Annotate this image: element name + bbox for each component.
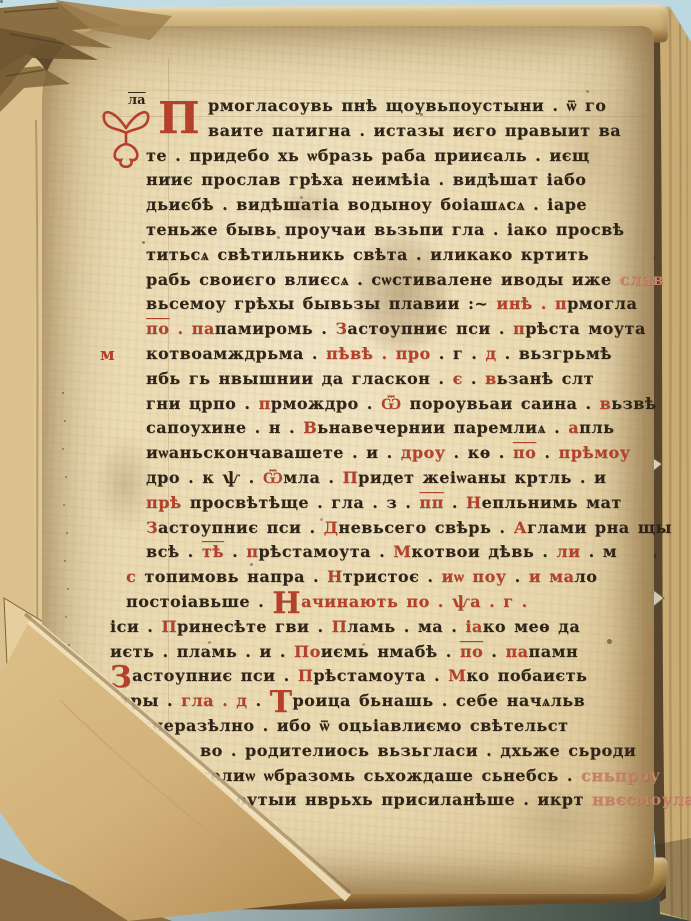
rubric-text: М xyxy=(393,542,411,561)
ink-text: ко меѳ да xyxy=(483,617,580,636)
ink-text: вьсемоу грѣхы бывьзы плавии :~ xyxy=(146,294,496,313)
rubric-text: п xyxy=(246,542,258,561)
ink-text: . xyxy=(483,642,505,661)
manuscript-line: ваите патигна . истазы иєго правыит ва xyxy=(146,119,658,144)
rubric-text: В xyxy=(303,418,317,437)
ink-text: нбь гь нвышнии да гласкон . xyxy=(146,369,453,388)
ink-text: астоупниє пси . xyxy=(347,319,513,338)
ink-text: иѡаньскончавашете . и . xyxy=(146,443,401,462)
ink-text: сапоухине . н . xyxy=(146,418,303,437)
rubric-text: Д xyxy=(324,518,339,537)
ink-text: ваите патигна . истазы иєго правыит ва xyxy=(208,121,621,140)
rubric-text: по xyxy=(513,443,536,462)
rubric-text: сньпроу xyxy=(581,766,661,785)
rubric-text: Н xyxy=(466,493,482,512)
ink-text: рмогла xyxy=(567,294,637,313)
rubric-text: слав xyxy=(620,270,665,289)
rubric-text: д xyxy=(485,344,496,363)
manuscript-line: дьиєбѣ . видѣшатіа водыноу боіашѧсѧ . іа… xyxy=(146,193,658,218)
ink-text: ьзанѣ слт xyxy=(497,369,594,388)
ink-text: котвои дѣвь . xyxy=(411,542,556,561)
ink-text: памн xyxy=(529,642,579,661)
rubric-text: З xyxy=(146,518,158,537)
ink-text: титьсѧ свѣтильникь свѣта . иликако кртит… xyxy=(146,245,589,264)
manuscript-line: котвоамждрьма . пѣвѣ . про . г . д . вьз… xyxy=(146,342,658,367)
rubric-text: М xyxy=(448,666,466,685)
rubric-text: тѣ xyxy=(202,542,224,561)
ink-text: глами рна щы xyxy=(527,518,672,537)
ink-text: невьсего свѣрь . xyxy=(338,518,513,537)
ink-text: гни црпо . xyxy=(146,394,259,413)
manuscript-line: те . придебо хь ѡбразь раба прииєаль . и… xyxy=(146,144,658,169)
rubric-text: дроу xyxy=(401,443,446,462)
manuscript-line: Застоупниє пси . Дневьсего свѣрь . Аглам… xyxy=(146,516,658,541)
manuscript-line: рабь своиєго влиєсѧ . сѡстивалене иводы … xyxy=(146,268,658,293)
manuscript-line: прѣ просвѣтѣще . гла . з . пп . Непльним… xyxy=(146,491,658,516)
ink-text: ьнавечернии паремлиѧ . xyxy=(317,418,568,437)
ink-text: . xyxy=(444,493,466,512)
manuscript-line: нбь гь нвышнии да гласкон . є . вьзанѣ с… xyxy=(146,367,658,392)
rubric-text: и ма xyxy=(529,567,575,586)
crease-line xyxy=(110,90,630,91)
manuscript-line: вьсемоу грѣхы бывьзы плавии :~ инѣ . прм… xyxy=(146,292,658,317)
rubric-text: в xyxy=(485,369,497,388)
manuscript-line: иѡаньскончавашете . и . дроу . кѳ . по .… xyxy=(146,441,658,466)
rubric-text: инѣ . п xyxy=(496,294,567,313)
rubric-text: иѡ поу xyxy=(442,567,507,586)
rubric-text: є xyxy=(453,369,463,388)
manuscript-line: титьсѧ свѣтильникь свѣта . иликако кртит… xyxy=(146,243,658,268)
ink-text: . xyxy=(463,369,485,388)
ink-text: . вьзгрьмѣ xyxy=(497,344,612,363)
rubric-text: по xyxy=(460,642,483,661)
ink-text: рѣстамоута . xyxy=(258,542,393,561)
rubric-text: іа xyxy=(465,617,482,636)
manuscript-line: сапоухине . н . Вьнавечернии паремлиѧ . … xyxy=(146,416,658,441)
ink-text: . xyxy=(224,542,246,561)
ink-text: рѣста моута xyxy=(525,319,646,338)
ink-text: пороувьаи саина . xyxy=(401,394,599,413)
rubric-text: п xyxy=(513,319,525,338)
ink-text: рабь своиєго влиєсѧ . сѡстивалене иводы … xyxy=(146,270,620,289)
ink-text: теньже бывь проучаи вьзьпи гла . іако пр… xyxy=(146,220,624,239)
ink-text: епльнимь мат xyxy=(482,493,622,512)
ink-text: ридет жеіѡаны кртль . и xyxy=(358,468,606,487)
folded-corner xyxy=(0,560,400,921)
ink-text: ко побаиєть xyxy=(466,666,587,685)
ink-text: рмождро . xyxy=(271,394,381,413)
manuscript-line: нииє прослав грѣха неимѣіа . видѣшат іаб… xyxy=(146,168,658,193)
manuscript-line: теньже бывь проучаи вьзьпи гла . іако пр… xyxy=(146,218,658,243)
ink-text: нииє прослав грѣха неимѣіа . видѣшат іаб… xyxy=(146,170,586,189)
rubric-text: па xyxy=(192,319,215,338)
ink-text: ьзвѣ xyxy=(611,394,656,413)
rubric-text: З xyxy=(335,319,347,338)
rubric-text: пп xyxy=(419,493,443,512)
rubric-text: пѣвѣ . про xyxy=(326,344,431,363)
manuscript-line: по . папамиромь . Застоупниє пси . прѣст… xyxy=(146,317,658,342)
ink-text: дьиєбѣ . видѣшатіа водыноу боіашѧсѧ . іа… xyxy=(146,195,587,214)
manuscript-photo: ла П рмогласоувь пнѣ щоувьпоустыни . ѿ г… xyxy=(0,0,691,921)
rubric-text: П xyxy=(343,468,359,487)
rubric-text: ли xyxy=(556,542,580,561)
rubric-text: нвєсмоула xyxy=(584,790,691,809)
ink-text: памиромь . xyxy=(215,319,336,338)
ink-text: астоупниє пси . xyxy=(158,518,324,537)
rubric-text: Ѿ xyxy=(381,394,402,413)
ink-text: ло xyxy=(574,567,597,586)
ink-text: всѣ . xyxy=(146,542,202,561)
rubric-text: па xyxy=(505,642,528,661)
ink-text: те . придебо хь ѡбразь раба прииєаль . и… xyxy=(146,146,590,165)
ink-text: . м xyxy=(581,542,618,561)
ink-text: дро . к ѱ . xyxy=(146,468,263,487)
manuscript-line: дро . к ѱ . Ѿмла . Придет жеіѡаны кртль … xyxy=(146,466,658,491)
rubric-text: прѣмоу xyxy=(559,443,631,462)
ink-text: . г . xyxy=(431,344,486,363)
manuscript-line: рмогласоувь пнѣ щоувьпоустыни . ѿ го xyxy=(146,94,658,119)
rubric-text: прѣ xyxy=(146,493,182,512)
ink-text: . кѳ . xyxy=(445,443,512,462)
rubric-text: А xyxy=(514,518,528,537)
rubric-text: по xyxy=(146,319,169,338)
margin-rubric-mark: м xyxy=(100,343,115,368)
torn-top-left-corner xyxy=(0,0,175,150)
manuscript-line: гни црпо . прмождро . Ѿ пороувьаи саина … xyxy=(146,392,658,417)
ink-text: . xyxy=(536,443,558,462)
rubric-text: . xyxy=(169,319,191,338)
ink-text: пль xyxy=(579,418,614,437)
ink-text: . xyxy=(507,567,529,586)
ink-text: рмогласоувь пнѣ щоувьпоустыни . ѿ го xyxy=(208,96,606,115)
ink-text: котвоамждрьма . xyxy=(146,344,326,363)
rubric-text: а xyxy=(568,418,579,437)
rubric-text: Ѿ xyxy=(263,468,284,487)
rubric-text: в xyxy=(600,394,612,413)
rubric-text: п xyxy=(259,394,271,413)
ink-text: просвѣтѣще . гла . з . xyxy=(182,493,420,512)
ink-text: мла . xyxy=(283,468,342,487)
pricking-holes xyxy=(62,392,64,394)
